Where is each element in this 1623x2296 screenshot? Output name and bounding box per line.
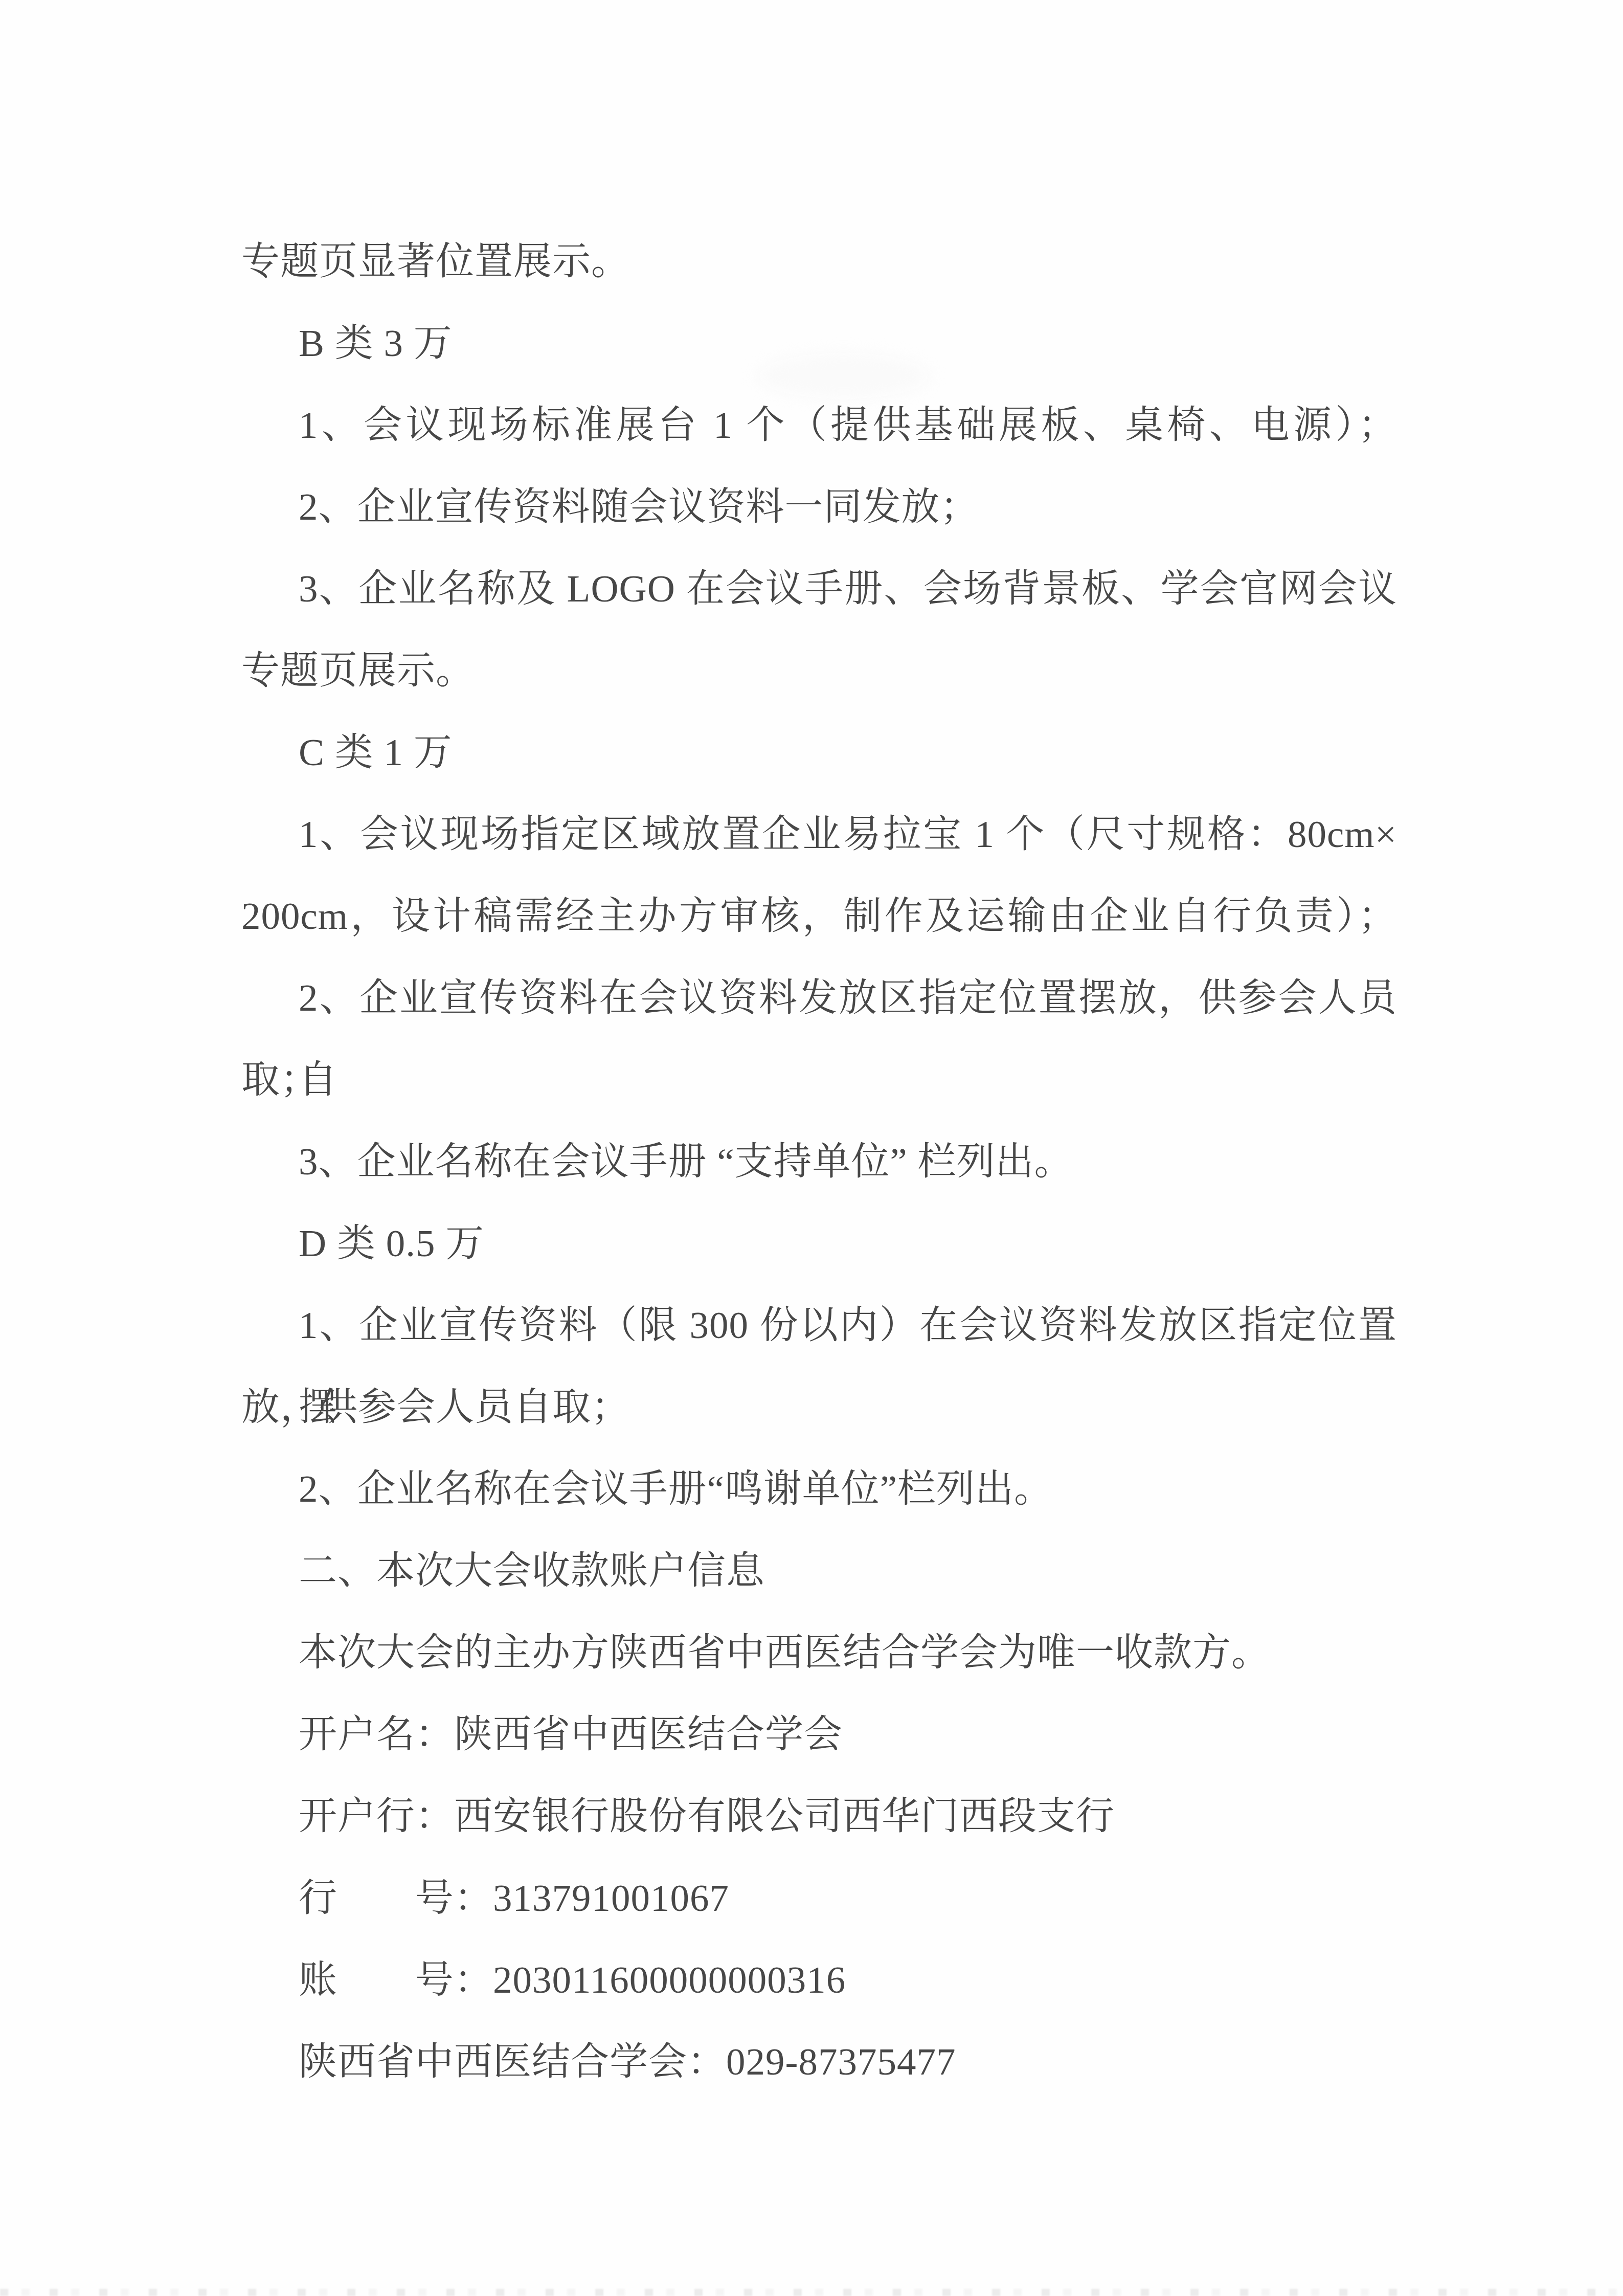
doc-line: C 类 1 万: [299, 712, 1397, 794]
doc-line: 2、企业宣传资料在会议资料发放区指定位置摆放，供参会人员自: [299, 957, 1397, 1039]
doc-line: 二、本次大会收款账户信息: [299, 1530, 1397, 1612]
doc-line: 账 号：203011600000000316: [299, 1940, 1397, 2021]
doc-line: B 类 3 万: [299, 303, 1397, 385]
doc-line: 3、企业名称及 LOGO 在会议手册、会场背景板、学会官网会议: [299, 548, 1397, 630]
doc-line: 开户名：陕西省中西医结合学会: [299, 1694, 1397, 1776]
doc-line: 行 号：313791001067: [299, 1858, 1397, 1940]
doc-line: 本次大会的主办方陕西省中西医结合学会为唯一收款方。: [299, 1612, 1397, 1694]
doc-line: 1、会议现场标准展台 1 个（提供基础展板、桌椅、电源）；: [299, 385, 1397, 466]
doc-line: 陕西省中西医结合学会：029-87375477: [299, 2021, 1397, 2103]
doc-line: 1、会议现场指定区域放置企业易拉宝 1 个（尺寸规格：80cm×: [299, 794, 1397, 876]
document-page: 专题页显著位置展示。B 类 3 万1、会议现场标准展台 1 个（提供基础展板、桌…: [0, 0, 1623, 2296]
doc-line: 2、企业名称在会议手册“鸣谢单位”栏列出。: [299, 1448, 1397, 1530]
doc-line: 1、企业宣传资料（限 300 份以内）在会议资料发放区指定位置摆: [299, 1285, 1397, 1367]
doc-line: 取；: [241, 1039, 1397, 1121]
doc-line: 开户行：西安银行股份有限公司西华门西段支行: [299, 1776, 1397, 1858]
doc-line: 200cm，设计稿需经主办方审核，制作及运输由企业自行负责）；: [241, 876, 1397, 957]
doc-line: 2、企业宣传资料随会议资料一同发放；: [299, 466, 1397, 548]
doc-line: 专题页显著位置展示。: [241, 221, 1397, 303]
doc-line: 专题页展示。: [241, 630, 1397, 712]
document-text: 专题页显著位置展示。B 类 3 万1、会议现场标准展台 1 个（提供基础展板、桌…: [241, 221, 1397, 2103]
scan-noise-artifact: [0, 2289, 1623, 2296]
doc-line: 放，供参会人员自取；: [241, 1367, 1397, 1448]
doc-line: D 类 0.5 万: [299, 1203, 1397, 1285]
doc-line: 3、企业名称在会议手册 “支持单位” 栏列出。: [299, 1121, 1397, 1203]
